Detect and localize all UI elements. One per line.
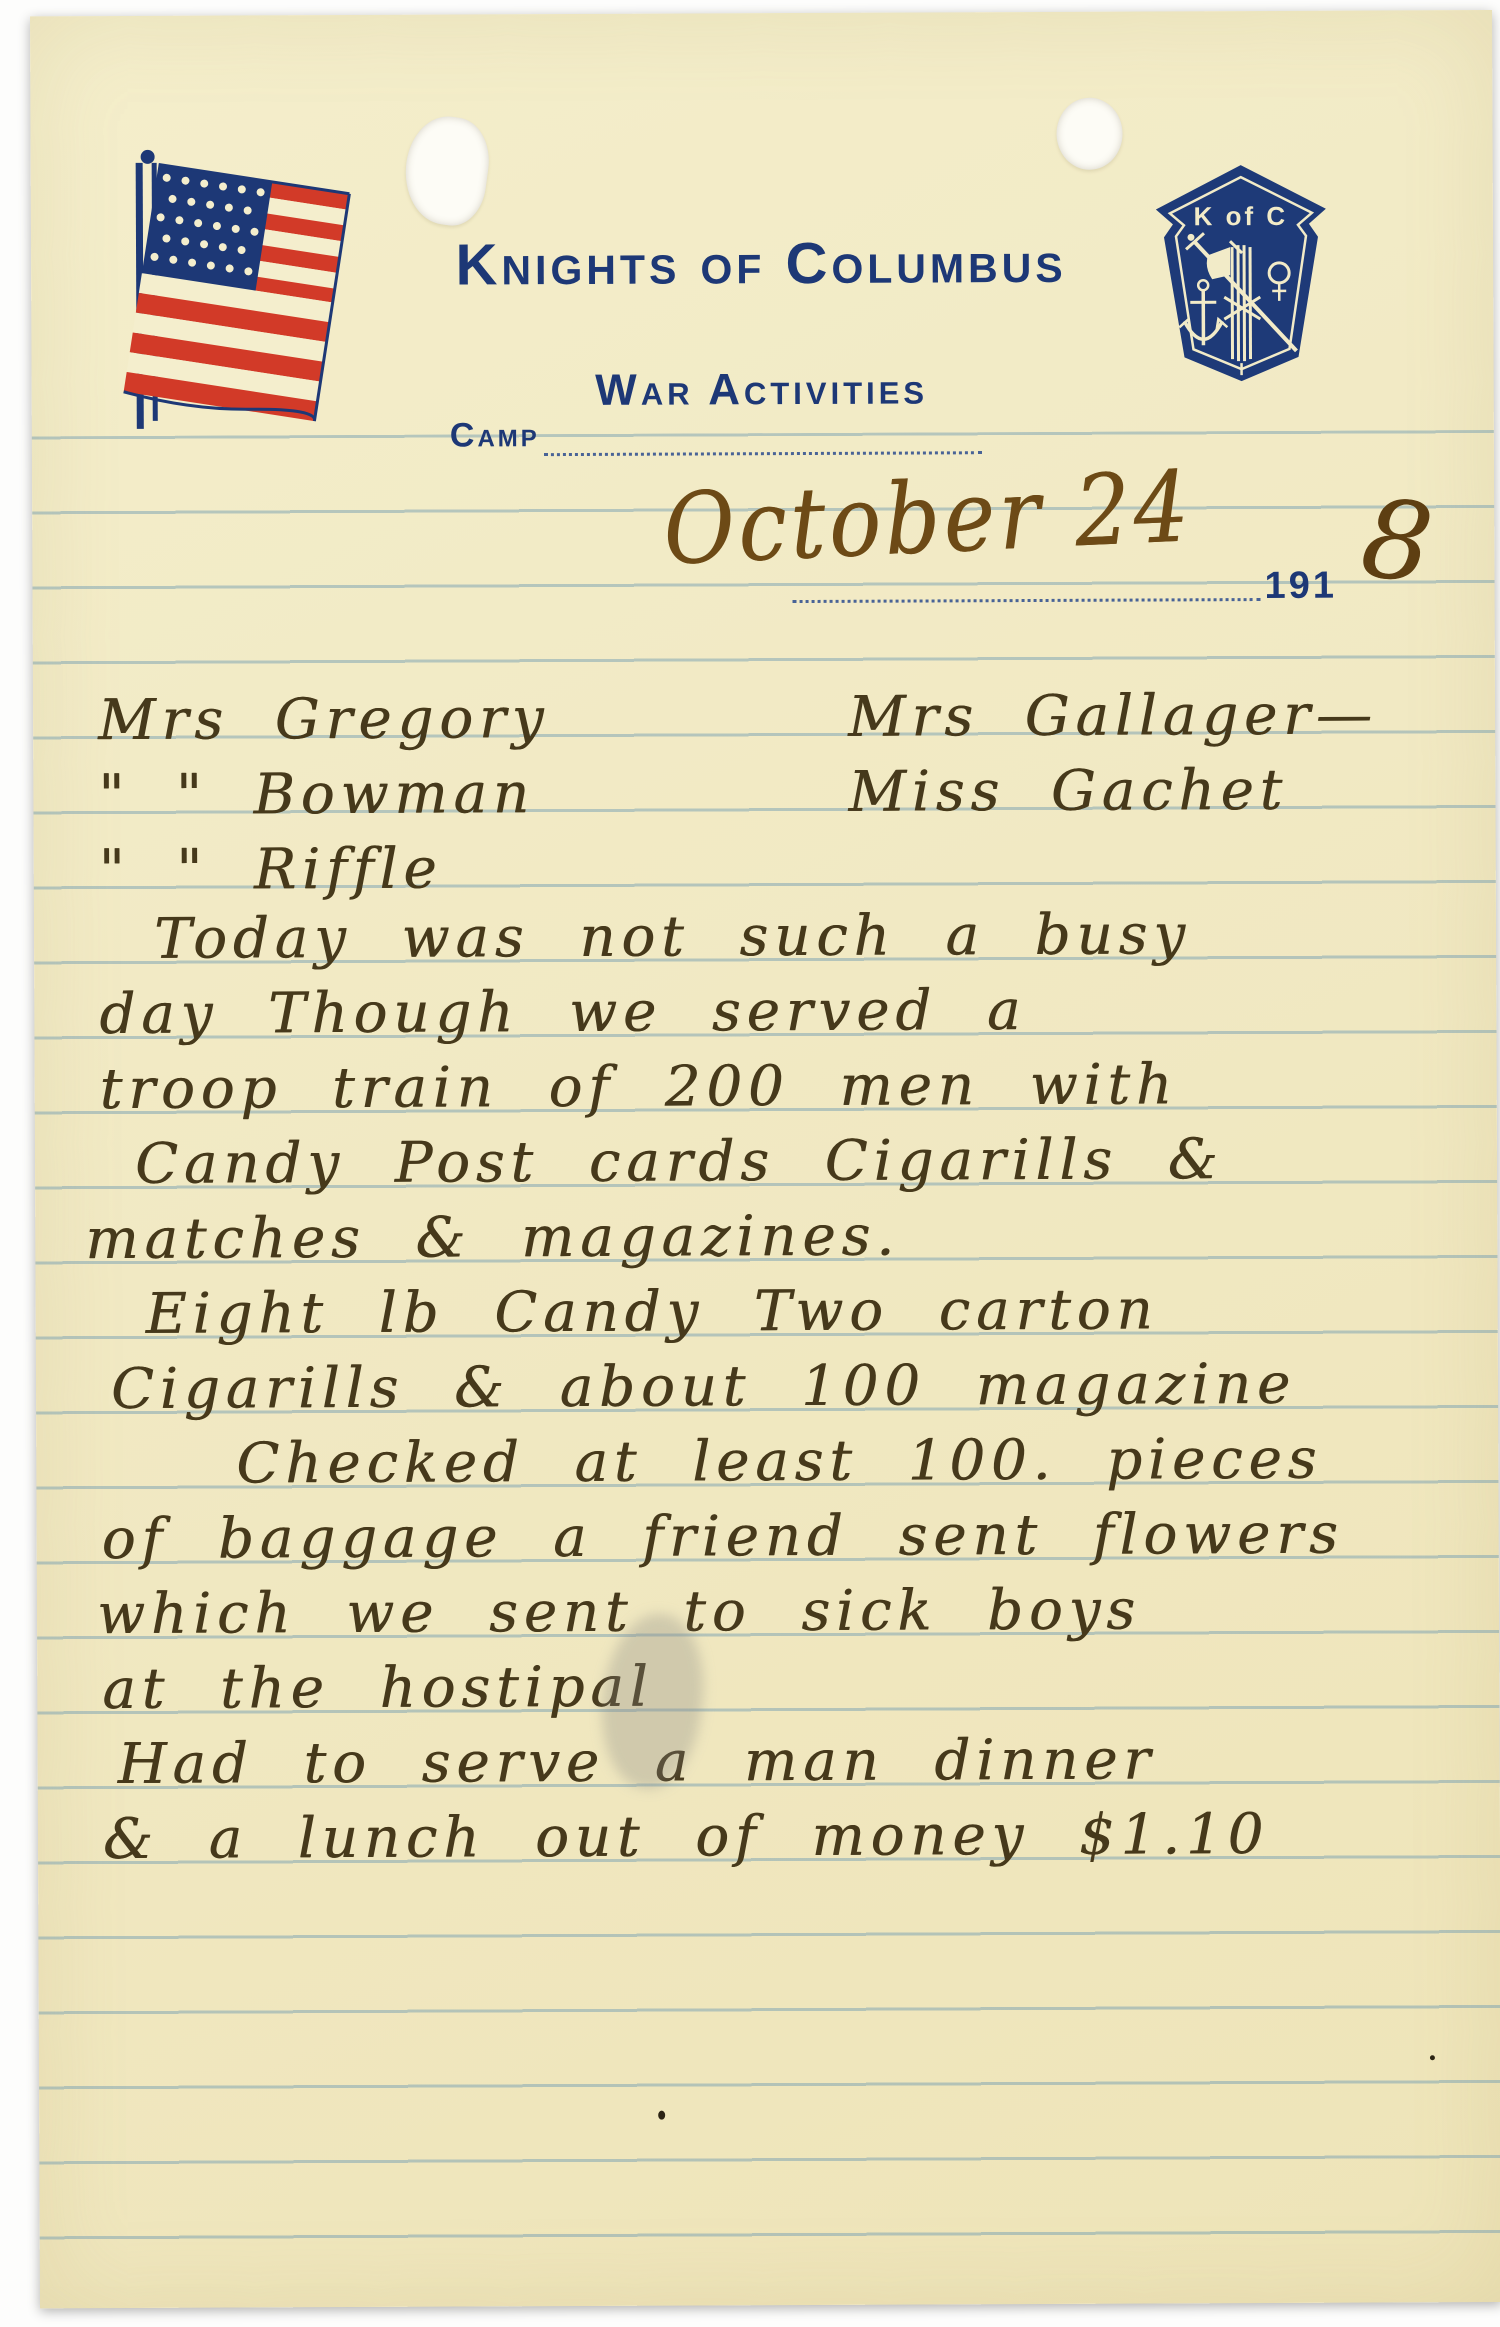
handwritten-line-5: matches & magazines. [85, 1209, 900, 1269]
handwritten-line-11: at the hostipal [102, 1660, 654, 1718]
letter-paper: K of C [30, 10, 1500, 2308]
name-left-2: " " Bowman [98, 766, 535, 824]
handwritten-line-8: Checked at least 100. pieces [236, 1432, 1322, 1493]
handwritten-year-digit: 8 [1356, 485, 1437, 600]
org-title: Knights of Columbus [381, 234, 1141, 295]
org-subtitle: War Activities [382, 367, 1142, 414]
camp-label: Camp [450, 418, 540, 452]
handwritten-line-6: Eight lb Candy Two carton [146, 1282, 1159, 1342]
name-right-1: Mrs Gallager— [848, 688, 1378, 746]
handwritten-line-4: Candy Post cards Cigarills & [135, 1132, 1224, 1193]
ink-speck [658, 2111, 665, 2120]
handwritten-line-7: Cigarills & about 100 magazine [111, 1357, 1296, 1418]
us-flag-icon [96, 140, 397, 441]
name-left-1: Mrs Gregory [98, 691, 550, 749]
kofc-shield-icon: K of C [1146, 161, 1337, 387]
handwritten-line-9: of baggage a friend sent flowers [102, 1507, 1344, 1568]
ink-speck [1430, 2055, 1435, 2060]
name-left-3: " " Riffle [99, 842, 443, 899]
handwritten-line-3: troop train of 200 men with [100, 1057, 1178, 1118]
handwritten-line-10: which we sent to sick boys [97, 1583, 1141, 1644]
punch-hole-left [399, 112, 495, 230]
handwritten-line-13: & a lunch out of money $1.10 [103, 1807, 1269, 1868]
scanned-letter: K of C [0, 0, 1500, 2327]
handwritten-line-1: Today was not such a busy [154, 907, 1191, 968]
handwritten-date: October 24 [662, 458, 1194, 579]
name-right-2: Miss Gachet [848, 763, 1288, 821]
date-blank-line [792, 572, 1260, 603]
handwritten-line-2: day Though we served a [99, 983, 1026, 1043]
printed-year-prefix: 191 [1264, 567, 1337, 605]
punch-hole-right [1056, 98, 1122, 170]
emblem-text: K of C [1194, 201, 1289, 231]
camp-blank-line [544, 425, 982, 456]
